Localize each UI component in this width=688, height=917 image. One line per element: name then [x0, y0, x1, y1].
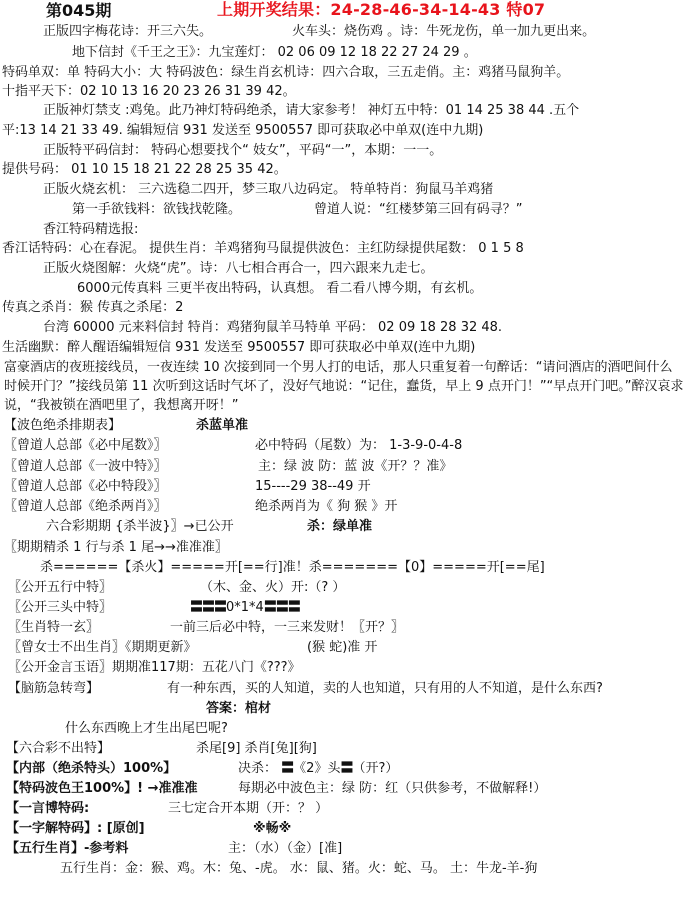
- zengnvshi-label: 〖曾女士不出生肖〗《期期更新》: [8, 639, 197, 657]
- jingsha-label: 〖期期精杀 1 行与杀 1 尾→→准准准〗: [4, 539, 228, 557]
- yizi-label: 【一字解特码】: [原创]: [6, 820, 145, 838]
- neibu-suffix: （开?）: [352, 761, 398, 776]
- buchute-value: 杀尾[9] 杀肖[兔][狗]: [196, 740, 317, 758]
- diyishou-liao: 第一手欲钱料：欲钱找乾隆。: [72, 201, 241, 219]
- block-glyph-left: 〓: [281, 761, 293, 776]
- yibo-value: 主：绿 波 防：蓝 波《开？？准》: [258, 458, 452, 476]
- bosewang-value: 每期必中波色主：绿 防：红（只供参考，不做解释!）: [238, 780, 546, 798]
- chuanzhen-sha: 传真之杀肖：猴 传真之杀尾：2: [2, 299, 183, 317]
- zengnvshi-value: (猴 蛇)准 开: [307, 639, 377, 657]
- wuxing-sx-detail: 五行生肖：金：猴、鸡。木：兔、-虎。 水：鼠、猪。火：蛇、马。 土：牛龙-羊-狗: [60, 860, 537, 878]
- wuxing-sx-value: 主：（水）（金）[准]: [228, 840, 342, 858]
- huoshao-xuanji: 正版火烧玄机： 三六选稳二四开，梦三取八边码定。 特单特肖：狗鼠马羊鸡猪: [43, 181, 493, 199]
- buchute-label: 【六合彩不出特】: [6, 740, 110, 758]
- shendeng-line-1: 正版神灯禁支 :鸡兔。此乃神灯特码绝杀，请大家参考！ 神灯五中特：01 14 2…: [43, 102, 579, 120]
- block-glyph-right: 〓: [340, 761, 352, 776]
- last-result-numbers: 24-28-46-34-14-43: [330, 0, 500, 19]
- yizi-value: ※畅※: [253, 820, 291, 838]
- santou-label: 〖公开三头中特〗: [8, 599, 112, 617]
- bose-label: 【波色绝杀排期表】: [4, 417, 121, 435]
- issue-number: 第045期: [46, 2, 111, 20]
- wuxing-sx-label: 【五行生肖】-参考料: [6, 840, 128, 858]
- bose-value: 杀蓝单准: [196, 417, 248, 435]
- xiangjiang-title: 香江特码精选报:: [43, 221, 138, 239]
- weishu-label: 〖曾道人总部《必中尾数》〗: [4, 437, 167, 455]
- yiyan-value: 三七定合开本期（开：？ ）: [168, 800, 328, 818]
- shengxiao-label: 〖生肖特一玄〗: [8, 619, 99, 637]
- naojin-question: 有一种东西，买的人知道，卖的人也知道，只有用的人不知道，是什么东西?: [167, 680, 603, 698]
- tema-properties: 特码单双：单 特码大小：大 特码波色：绿生肖玄机诗：四六合取，三五走俏。主：鸡猪…: [2, 64, 569, 82]
- neibu-label: 【内部（绝杀特头）100%】: [6, 760, 176, 778]
- meihua-poem: 正版四字梅花诗：开三六失。: [43, 23, 212, 41]
- last-result-special: 特07: [506, 0, 545, 19]
- liangxiao-label: 〖曾道人总部《绝杀两肖》〗: [4, 498, 167, 516]
- shengxiao-value: 一前三后必中特，一三来发财！〖开？〗: [170, 619, 404, 637]
- wuxing-value: （木、金、火）开:（? ）: [200, 579, 345, 597]
- liangxiao-value: 绝杀两肖为《 狗 猴 》开: [255, 498, 397, 516]
- naojin-answer: 答案：棺材: [206, 700, 271, 718]
- huochetou-poem: 火车头：烧伤鸡 。诗：牛死龙伤，单一加九更出来。: [292, 23, 595, 41]
- dixia-xinfeng: 地下信封《千王之王》：九宝莲灯： 02 06 09 12 18 22 27 24…: [72, 44, 477, 62]
- bosewang-label: 【特码波色王100%】! →准准准: [6, 780, 198, 798]
- block-glyphs-right: 〓〓〓: [264, 600, 300, 615]
- joke-paragraph: 富豪酒店的夜班接线员，一夜连续 10 次接到同一个男人打的电话，那人只重复着一句…: [4, 358, 684, 415]
- shendeng-line-2: 平:13 14 21 33 49. 编辑短信 931 发送至 9500557 即…: [2, 122, 483, 140]
- neibu-mid: 《2》头: [293, 761, 340, 776]
- shizhi-pingtianxia: 十指平天下：02 10 13 16 20 23 26 31 39 42。: [2, 83, 296, 101]
- jingsha-value: 杀======【杀火】=====开[==行]准！杀=======【0】=====…: [40, 559, 545, 577]
- last-result: 上期开奖结果：24-28-46-34-14-43 特07: [217, 1, 545, 19]
- weishu-value: 必中特码（尾数）为： 1-3-9-0-4-8: [255, 437, 462, 455]
- block-glyphs-left: 〓〓〓: [190, 600, 226, 615]
- last-result-label: 上期开奖结果：: [217, 0, 330, 19]
- santou-digits: 0*1*4: [226, 600, 264, 615]
- xiangjiang-hua: 香江话特码：心在春泥。 提供生肖：羊鸡猪狗马鼠提供波色：主红防绿提供尾数： 0 …: [2, 240, 524, 258]
- wuxing-label: 〖公开五行中特〗: [8, 579, 112, 597]
- huoshao-tujie: 正版火烧图解：火烧“虎”。诗：八七相合再合一，四六跟来九走七。: [43, 260, 433, 278]
- neibu-prefix: 决杀：: [238, 761, 277, 776]
- zengdaoren-shuo: 曾道人说：“红楼梦第三回有码寻？”: [314, 201, 522, 219]
- teduan-label: 〖曾道人总部《必中特段》〗: [4, 478, 167, 496]
- chuanzhen-6000: 6000元传真料 三更半夜出特码，认真想。 看二看八博今期，有玄机。: [77, 280, 482, 298]
- santou-value: 〓〓〓0*1*4〓〓〓: [190, 599, 300, 617]
- neibu-value: 决杀： 〓《2》头〓（开?）: [238, 760, 398, 778]
- banbo-value: 杀：绿单准: [307, 518, 372, 536]
- jinyan-yuyu: 〖公开金言玉语〗期期准117期：五花八门《???》: [8, 659, 301, 677]
- tepingma-xinfeng: 正版特平码信封： 特码心想要找个“ 妓女”，平码“一”，本期：一一。: [43, 142, 442, 160]
- naojin-label: 【脑筋急转弯】: [8, 680, 99, 698]
- riddle-question: 什么东西晚上才生出尾巴呢?: [65, 720, 228, 738]
- taiwan-xinfeng: 台湾 60000 元来料信封 特肖：鸡猪狗鼠羊马特单 平码： 02 09 18 …: [43, 319, 502, 337]
- yibo-label: 〖曾道人总部《一波中特》〗: [4, 458, 167, 476]
- tigong-haoma: 提供号码： 01 10 15 18 21 22 28 25 35 42。: [2, 161, 287, 179]
- yiyan-label: 【一言博特码:: [6, 800, 89, 818]
- shenghuo-youmo: 生活幽默：醉人醒语编辑短信 931 发送至 9500557 即可获取必中单双(连…: [2, 339, 475, 357]
- teduan-value: 15----29 38--49 开: [255, 478, 371, 496]
- banbo-label: 六合彩期期 {杀半波}〗→已公开: [46, 518, 234, 536]
